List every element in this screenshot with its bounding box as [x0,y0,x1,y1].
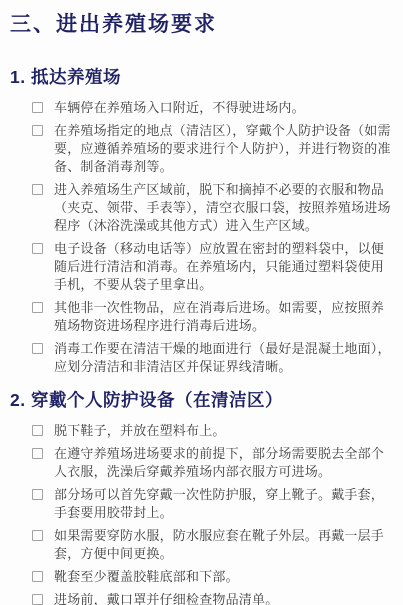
list-item-text: 消毒工作要在清洁干燥的地面进行（最好是混凝土地面），应划分清洁和非清洁区并保证界… [54,340,393,376]
list-item: 部分场可以首先穿戴一次性防护服，穿上靴子。戴手套，手套要用胶带封上。 [32,486,393,522]
page-title: 三、进出养殖场要求 [10,11,393,38]
list-item: 车辆停在养殖场入口附近，不得驶进场内。 [32,99,393,117]
checkbox-icon [32,102,43,113]
checkbox-icon [32,489,43,500]
document-page: 三、进出养殖场要求 1. 抵达养殖场 车辆停在养殖场入口附近，不得驶进场内。 在… [0,0,403,605]
list-item-text: 靴套至少覆盖胶鞋底部和下部。 [54,568,239,586]
list-item-text: 脱下鞋子，并放在塑料布上。 [54,422,226,440]
list-item: 进场前，戴口罩并仔细检查物品清单。 [32,591,393,605]
list-item-text: 进场前，戴口罩并仔细检查物品清单。 [54,591,278,605]
list-item: 电子设备（移动电话等）应放置在密封的塑料袋中，以便随后进行清洁和消毒。在养殖场内… [32,240,393,294]
list-item-text: 车辆停在养殖场入口附近，不得驶进场内。 [54,99,305,117]
list-item: 消毒工作要在清洁干燥的地面进行（最好是混凝土地面），应划分清洁和非清洁区并保证界… [32,340,393,376]
checkbox-icon [32,530,43,541]
checklist-ppe: 脱下鞋子，并放在塑料布上。 在遵守养殖场进场要求的前提下，部分场需要脱去全部个人… [10,422,393,605]
list-item: 进入养殖场生产区域前，脱下和摘掉不必要的衣服和物品（夹克、领带、手表等），清空衣… [32,181,393,235]
checkbox-icon [32,425,43,436]
list-item: 在养殖场指定的地点（清洁区），穿戴个人防护设备（如需要，应遵循养殖场的要求进行个… [32,122,393,176]
checkbox-icon [32,571,43,582]
checkbox-icon [32,243,43,254]
list-item: 脱下鞋子，并放在塑料布上。 [32,422,393,440]
list-item-text: 其他非一次性物品，应在消毒后进场。如需要，应按照养殖场物资进场程序进行消毒后进场… [54,299,393,335]
checklist-arrival: 车辆停在养殖场入口附近，不得驶进场内。 在养殖场指定的地点（清洁区），穿戴个人防… [10,99,393,376]
checkbox-icon [32,302,43,313]
list-item-text: 电子设备（移动电话等）应放置在密封的塑料袋中，以便随后进行清洁和消毒。在养殖场内… [54,240,393,294]
list-item: 靴套至少覆盖胶鞋底部和下部。 [32,568,393,586]
section-heading-ppe: 2. 穿戴个人防护设备（在清洁区） [10,389,393,411]
list-item-text: 在养殖场指定的地点（清洁区），穿戴个人防护设备（如需要，应遵循养殖场的要求进行个… [54,122,393,176]
checkbox-icon [32,125,43,136]
list-item: 在遵守养殖场进场要求的前提下，部分场需要脱去全部个人衣服，洗澡后穿戴养殖场内部衣… [32,445,393,481]
list-item: 其他非一次性物品，应在消毒后进场。如需要，应按照养殖场物资进场程序进行消毒后进场… [32,299,393,335]
list-item: 如果需要穿防水服，防水服应套在靴子外层。再戴一层手套，方便中间更换。 [32,527,393,563]
list-item-text: 进入养殖场生产区域前，脱下和摘掉不必要的衣服和物品（夹克、领带、手表等），清空衣… [54,181,393,235]
checkbox-icon [32,343,43,354]
checkbox-icon [32,184,43,195]
list-item-text: 在遵守养殖场进场要求的前提下，部分场需要脱去全部个人衣服，洗澡后穿戴养殖场内部衣… [54,445,393,481]
checkbox-icon [32,448,43,459]
checkbox-icon [32,594,43,605]
section-heading-arrival: 1. 抵达养殖场 [10,66,393,88]
list-item-text: 如果需要穿防水服，防水服应套在靴子外层。再戴一层手套，方便中间更换。 [54,527,393,563]
list-item-text: 部分场可以首先穿戴一次性防护服，穿上靴子。戴手套，手套要用胶带封上。 [54,486,393,522]
